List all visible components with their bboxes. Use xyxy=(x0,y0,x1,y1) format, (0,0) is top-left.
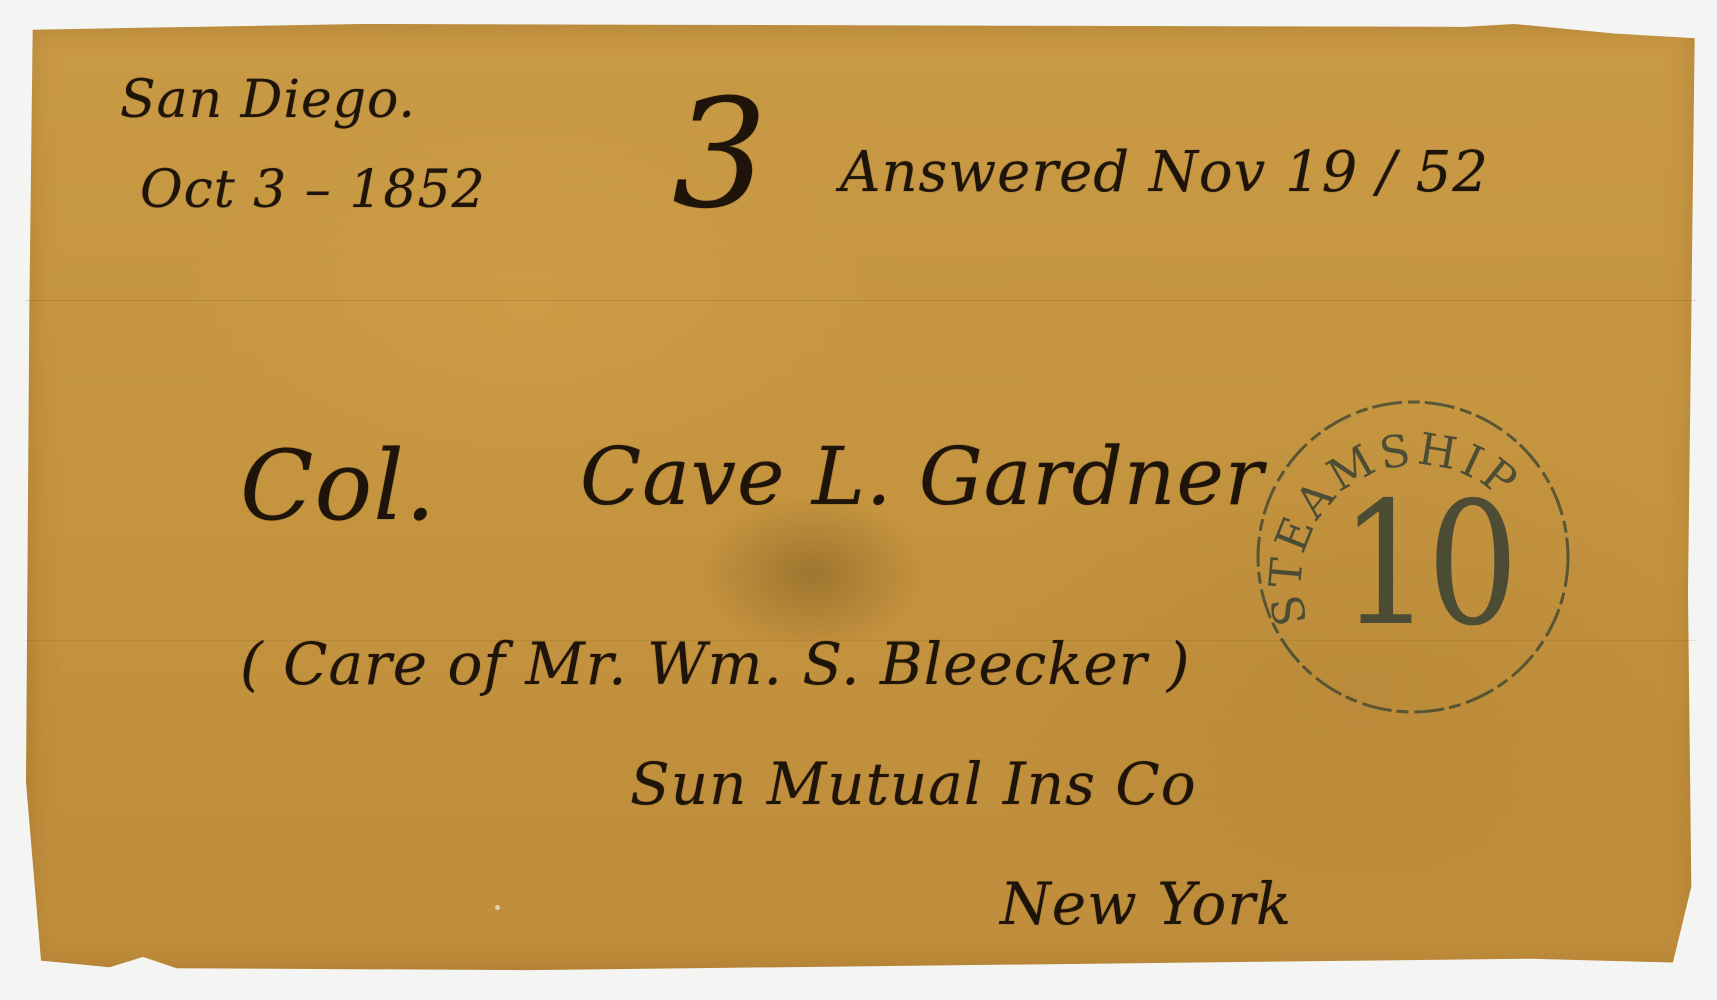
answered-note: Answered Nov 19 / 52 xyxy=(840,140,1489,205)
postage-rate: 10 xyxy=(1340,480,1514,650)
addressee-title: Col. xyxy=(240,430,436,542)
city-line: New York xyxy=(1000,870,1292,938)
origin-place: San Diego. xyxy=(120,70,416,130)
addressee-name: Cave L. Gardner xyxy=(580,430,1264,523)
paper-speck xyxy=(495,905,500,910)
origin-date: Oct 3 – 1852 xyxy=(140,160,486,220)
company-line: Sun Mutual Ins Co xyxy=(630,750,1197,818)
docket-mark: 3 xyxy=(672,80,768,230)
fold-crease xyxy=(26,300,1697,301)
care-of-line: ( Care of Mr. Wm. S. Bleecker ) xyxy=(240,630,1191,698)
